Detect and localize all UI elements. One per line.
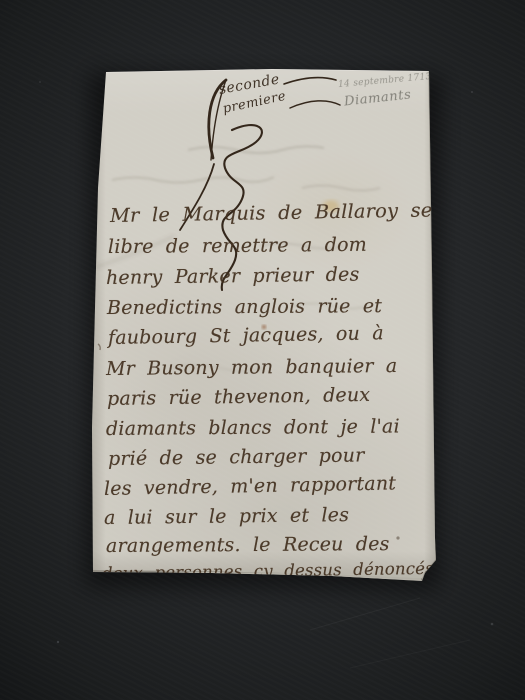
manuscript-line: prié de se charger pour (108, 444, 365, 470)
manuscript-line: Benedictins anglois rüe et (107, 295, 382, 319)
manuscript-line: arangements. le Receu des (106, 533, 390, 557)
manuscript-line: libre de remettre a dom (108, 234, 367, 258)
letter-paper: 14 septembre 1713 Diamants seconde premi… (92, 68, 438, 582)
manuscript-line: a lui sur le prix et les (104, 504, 349, 529)
paraph-flourish (180, 78, 340, 290)
manuscript-line: henry Parker prieur des (106, 263, 360, 289)
manuscript-line: diamants blancs dont je l'ai (106, 415, 400, 440)
manuscript-line: paris rüe thevenon, deux (107, 384, 371, 410)
manuscript-line: Mr Busony mon banquier a (106, 355, 398, 380)
photo-background: 14 septembre 1713 Diamants seconde premi… (0, 0, 525, 700)
